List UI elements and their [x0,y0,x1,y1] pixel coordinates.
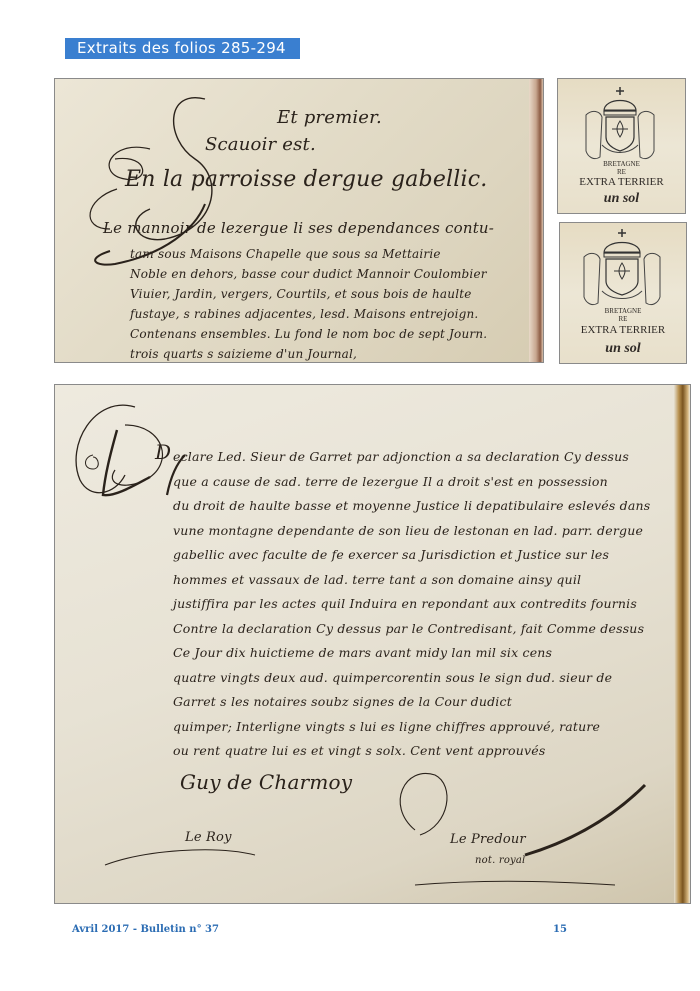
body-line: ou rent quatre lui es et vingt s solx. C… [173,739,650,764]
page-edge [674,385,690,903]
signature-4: not. royal [475,855,525,866]
body-line: Noble en dehors, basse cour dudict Manno… [130,264,487,284]
body-line: quatre vingts deux aud. quimpercorentin … [173,666,650,691]
heading-line-3: En la parroisse dergue gabellic. [125,167,487,192]
signature-3: Le Predour [450,832,526,847]
manuscript-photo-top: Et premier. Scauoir est. En la parroisse… [54,78,544,363]
signature-2: Le Roy [185,830,232,845]
section-title: Extraits des folios 285-294 [65,38,300,59]
body-line: du droit de haulte basse et moyenne Just… [173,494,650,519]
tax-stamp-2: BRETAGNE RE EXTRA TERRIER un sol [559,222,687,364]
stamp-region: BRETAGNE [560,307,686,315]
manuscript-photo-bottom: D eclare Led. Sieur de Garret par adjonc… [54,384,691,904]
tax-stamp-1: BRETAGNE RE EXTRA TERRIER un sol [557,78,686,214]
body-line: eclare Led. Sieur de Garret par adjoncti… [173,445,650,470]
body-line: Ce Jour dix huictieme de mars avant midy… [173,641,650,666]
body-line: que a cause de sad. terre de lezergue Il… [173,470,650,495]
body-line: vune montagne dependante de son lieu de … [173,519,650,544]
body-line: Viuier, Jardin, vergers, Courtils, et so… [130,284,487,304]
body-line: Le mannoir de lezergue li ses dependance… [103,217,494,239]
body-line: gabellic avec faculte de fe exercer sa J… [173,543,650,568]
body-line: fustaye, s rabines adjacentes, lesd. Mai… [130,304,487,324]
bottom-body-lines: eclare Led. Sieur de Garret par adjoncti… [173,445,650,764]
body-line: Contenans ensembles. Lu fond le nom boc … [130,324,487,344]
stamp-superscript: RE [558,168,685,176]
body-line: Garret s les notaires soubz signes de la… [173,690,650,715]
signature-1: Guy de Charmoy [180,770,352,794]
stamp-value: un sol [558,191,685,207]
stamp-superscript: RE [560,315,686,323]
declare-initial: D [155,440,171,464]
stamp-region: BRETAGNE [558,160,685,168]
footer-issue: Avril 2017 - Bulletin n° 37 [72,924,219,935]
page-number: 15 [553,924,567,935]
body-line: Contre la declaration Cy dessus par le C… [173,617,650,642]
book-spine [529,79,543,362]
body-line: trois quarts s saizieme d'un Journal, [130,344,487,363]
stamp-label: EXTRA TERRIER [558,176,685,188]
heading-line-2: Scauoir est. [205,134,316,155]
top-body-lines: Le mannoir de lezergue li ses dependance… [103,217,494,239]
body-line: justiffira par les actes quil Induira en… [173,592,650,617]
stamp-value: un sol [560,341,686,357]
heading-line-1: Et premier. [277,107,382,128]
body-line: tam sous Maisons Chapelle que sous sa Me… [130,244,487,264]
body-line: quimper; Interligne vingts s lui es lign… [173,715,650,740]
stamp-label: EXTRA TERRIER [560,324,686,336]
body-line: hommes et vassaux de lad. terre tant a s… [173,568,650,593]
top-body-lines-rest: tam sous Maisons Chapelle que sous sa Me… [130,244,487,363]
